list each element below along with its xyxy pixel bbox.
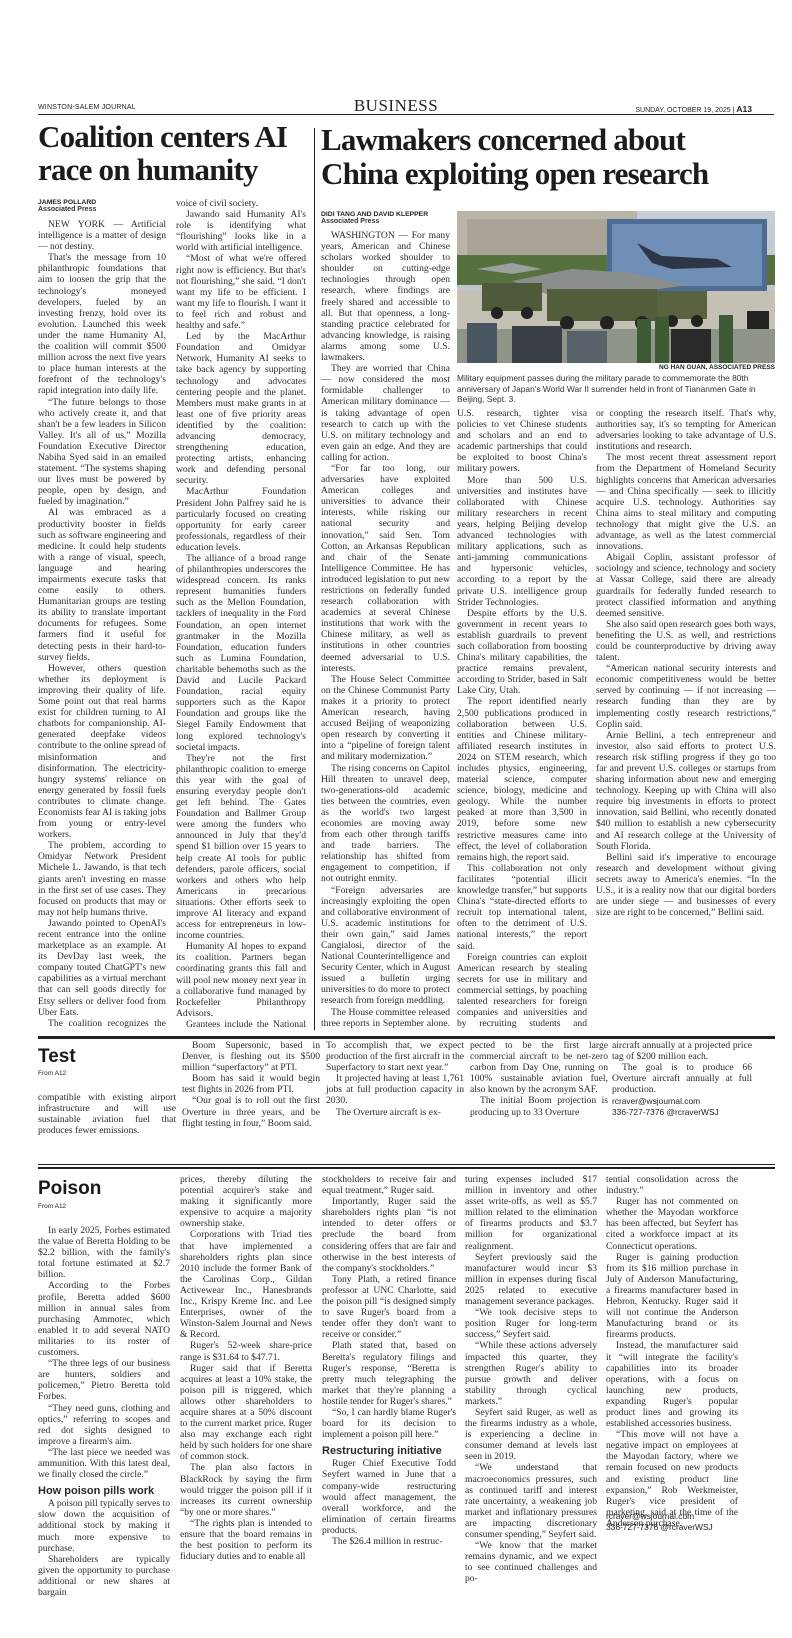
paragraph: Ruger's 52-week share-price range is $31…	[180, 1340, 312, 1362]
test-col2: Boom Supersonic, based in Denver, is fle…	[182, 1040, 320, 1129]
test-contact: rcraver@wsjournal.com 336-727-7376 @rcra…	[612, 1096, 772, 1117]
paragraph: Plath stated that, based on Beretta's re…	[322, 1340, 456, 1407]
poison-col2: prices, thereby diluting the potential a…	[180, 1174, 312, 1562]
paragraph: They are worried that China — now consid…	[321, 363, 450, 463]
paragraph: NEW YORK — Artificial intelligence is a …	[38, 219, 166, 252]
paragraph: It projected having at least 1,761 jobs …	[326, 1073, 464, 1106]
paragraph: U.S. research, tighter visa policies to …	[457, 408, 587, 475]
section-rule	[38, 1036, 775, 1039]
column-divider	[314, 128, 315, 1030]
poison-col4: turing expenses included $17 million in …	[465, 1174, 597, 1584]
jump-from-test: From A12	[38, 1070, 66, 1077]
poison-contact: rcraver@wsjournal.com 336-727-7376 @rcra…	[606, 1511, 766, 1532]
headline-line: Lawmakers concerned about	[321, 123, 781, 157]
paragraph: “Most of what we're offered right now is…	[176, 253, 306, 331]
paragraph: turing expenses included $17 million in …	[465, 1174, 597, 1252]
paragraph: The goal is to produce 66 Overture aircr…	[612, 1062, 752, 1095]
paragraph: According to the Forbes profile, Beretta…	[38, 1280, 170, 1358]
paragraph: Grantees include the National Black Tech…	[176, 1019, 306, 1030]
paragraph: That's the message from 10 philanthropic…	[38, 252, 166, 396]
paragraph: The initial Boom projection is producing…	[470, 1095, 608, 1117]
photo-credit: NG HAN GUAN, ASSOCIATED PRESS	[457, 364, 775, 371]
paragraph: The rising concerns on Capitol Hill thre…	[321, 763, 450, 885]
paragraph: Arnie Bellini, a tech entrepreneur and i…	[596, 730, 776, 852]
photo-caption: Military equipment passes during the mil…	[457, 373, 777, 405]
paragraph: Importantly, Ruger said the shareholders…	[322, 1196, 456, 1274]
headline-line: race on humanity	[38, 153, 308, 186]
paragraph: “Foreign adversaries are increasingly ex…	[321, 885, 450, 1007]
page-number: A13	[736, 104, 752, 114]
paragraph: The most recent threat assessment report…	[596, 452, 776, 552]
contact-phone-twitter: 336-727-7376 @rcraverWSJ	[606, 1522, 766, 1533]
paragraph: Boom has said it would begin test flight…	[182, 1073, 320, 1095]
jump-title-poison: Poison	[38, 1178, 101, 1200]
paragraph: The alliance of a broad range of philant…	[176, 553, 306, 753]
poison-col1: In early 2025, Forbes estimated the valu…	[38, 1225, 170, 1598]
article-ai-col2: voice of civil society.Jawando said Huma…	[176, 198, 306, 1030]
paragraph: The House Select Committee on the Chines…	[321, 674, 450, 763]
headline-china: Lawmakers concerned about China exploiti…	[321, 123, 781, 191]
paragraph: Abigail Coplin, assistant professor of s…	[596, 552, 776, 619]
test-col5: aircraft annually at a projected price t…	[612, 1040, 752, 1095]
separator: |	[733, 107, 735, 114]
paragraph: A poison pill typically serves to slow d…	[38, 1498, 170, 1553]
paragraph: Seyfert said Ruger, as well as the firea…	[465, 1407, 597, 1462]
headline-line: Coalition centers AI	[38, 120, 308, 153]
paragraph: “We understand that macroeconomics press…	[465, 1462, 597, 1540]
parade-photo	[457, 211, 775, 363]
paragraph: aircraft annually at a projected price t…	[612, 1040, 752, 1062]
article-china-col3: or coopting the research itself. That's …	[596, 408, 776, 1030]
byline-agency: Associated Press	[38, 206, 166, 213]
test-col4: pected to be the first large commercial …	[470, 1040, 608, 1118]
section-rule	[38, 1167, 775, 1169]
test-col1: compatible with existing airport infrast…	[38, 1092, 176, 1136]
paragraph: “The future belongs to those who activel…	[38, 397, 166, 508]
test-col3: To accomplish that, we expect production…	[326, 1040, 464, 1118]
poison-col3: stockholders to receive fair and equal t…	[322, 1174, 456, 1547]
photo-agency: , ASSOCIATED PRESS	[706, 364, 775, 371]
paragraph: They're not the first philanthropic coal…	[176, 753, 306, 942]
paragraph: Foreign countries can exploit American r…	[457, 952, 587, 1030]
article-ai-col1: NEW YORK — Artificial intelligence is a …	[38, 219, 166, 1029]
paragraph: “The last piece we needed was ammunition…	[38, 1447, 170, 1480]
poison-col5: tential consolidation across the industr…	[606, 1174, 738, 1529]
paragraph: Led by the MacArthur Foundation and Omid…	[176, 331, 306, 486]
paragraph: prices, thereby diluting the potential a…	[180, 1174, 312, 1229]
contact-email[interactable]: rcraver@wsjournal.com	[612, 1096, 772, 1107]
paragraph: “So, I can hardly blame Ruger's board fo…	[322, 1407, 456, 1440]
paragraph: “The rights plan is intended to ensure t…	[180, 1518, 312, 1562]
paragraph: Boom Supersonic, based in Denver, is fle…	[182, 1040, 320, 1073]
paragraph: AI was embraced as a productivity booste…	[38, 507, 166, 662]
paragraph: Shareholders are typically given the opp…	[38, 1554, 170, 1598]
paragraph: voice of civil society.	[176, 198, 306, 209]
paragraph: MacArthur Foundation President John Palf…	[176, 486, 306, 553]
headline-ai: Coalition centers AI race on humanity	[38, 120, 308, 186]
paragraph: More than 500 U.S. universities and inst…	[457, 475, 587, 608]
paragraph: Seyfert previously said the manufacturer…	[465, 1252, 597, 1307]
paragraph: Tony Plath, a retired finance professor …	[322, 1274, 456, 1341]
paragraph: pected to be the first large commercial …	[470, 1040, 608, 1095]
paragraph: compatible with existing airport infrast…	[38, 1092, 176, 1136]
paragraph: “Our goal is to roll out the first Overt…	[182, 1095, 320, 1128]
article-china-col1: WASHINGTON — For many years, American an…	[321, 230, 450, 1030]
paragraph: The House committee released three repor…	[321, 1007, 450, 1030]
paragraph: “The three legs of our business are hunt…	[38, 1358, 170, 1402]
paragraph: Ruger Chief Executive Todd Seyfert warne…	[322, 1458, 456, 1536]
date: SUNDAY, OCTOBER 19, 2025	[635, 107, 730, 114]
paragraph: Bellini said it's imperative to encourag…	[596, 852, 776, 919]
paragraph: “American national security interests an…	[596, 663, 776, 730]
paragraph: “They need guns, clothing and optics,” r…	[38, 1403, 170, 1447]
jump-title-test: Test	[38, 1046, 76, 1068]
paragraph: The problem, according to Omidyar Networ…	[38, 840, 166, 918]
article-china-col2: U.S. research, tighter visa policies to …	[457, 408, 587, 1030]
paragraph: stockholders to receive fair and equal t…	[322, 1174, 456, 1196]
paragraph: To accomplish that, we expect production…	[326, 1040, 464, 1073]
subhead-restructuring: Restructuring initiative	[322, 1446, 456, 1457]
byline-ai: JAMES POLLARD Associated Press	[38, 199, 166, 213]
date-page: SUNDAY, OCTOBER 19, 2025 | A13	[635, 104, 752, 114]
contact-phone-twitter: 336-727-7376 @rcraverWSJ	[612, 1107, 772, 1118]
contact-email[interactable]: rcraver@wsjournal.com	[606, 1511, 766, 1522]
subhead-poison-pills: How poison pills work	[38, 1486, 170, 1497]
paragraph: Jawando pointed to OpenAI's recent entra…	[38, 918, 166, 1018]
paragraph: Ruger is gaining production from its $16…	[606, 1252, 738, 1341]
section-rule-thin	[38, 1164, 775, 1165]
photographer-name: NG HAN GUAN	[659, 364, 706, 371]
paragraph: Instead, the manufacturer said it “will …	[606, 1340, 738, 1429]
paragraph: However, others question whether its dep…	[38, 663, 166, 841]
paragraph: tential consolidation across the industr…	[606, 1174, 738, 1196]
byline-china: DIDI TANG AND DAVID KLEPPER Associated P…	[321, 211, 451, 225]
paragraph: Ruger said that if Beretta acquires at l…	[180, 1363, 312, 1463]
paragraph: The $26.4 million in restruc-	[322, 1536, 456, 1547]
paragraph: Ruger has not commented on whether the M…	[606, 1196, 738, 1251]
paragraph: This collaboration not only facilitates …	[457, 863, 587, 952]
byline-agency: Associated Press	[321, 218, 451, 225]
paragraph: “We know that the market remains dynamic…	[465, 1540, 597, 1584]
paragraph: “For far too long, our adversaries have …	[321, 463, 450, 674]
paragraph: She also said open research goes both wa…	[596, 619, 776, 663]
paragraph: Jawando said Humanity AI's role is ident…	[176, 209, 306, 253]
jump-from-poison: From A12	[38, 1203, 66, 1210]
paragraph: The Overture aircraft is ex-	[326, 1107, 464, 1118]
paragraph: “We took decisive steps to position Ruge…	[465, 1307, 597, 1340]
byline-author: JAMES POLLARD	[38, 199, 166, 206]
paragraph: WASHINGTON — For many years, American an…	[321, 230, 450, 363]
headline-line: China exploiting open research	[321, 157, 781, 191]
paragraph: Humanity AI hopes to expand its coalitio…	[176, 941, 306, 1019]
paragraph: or coopting the research itself. That's …	[596, 408, 776, 452]
paragraph: The plan also factors in BlackRock by sa…	[180, 1462, 312, 1517]
paragraph: In early 2025, Forbes estimated the valu…	[38, 1225, 170, 1280]
paragraph: Despite efforts by the U.S. government i…	[457, 608, 587, 697]
masthead-rule	[38, 114, 774, 115]
byline-author: DIDI TANG AND DAVID KLEPPER	[321, 211, 451, 218]
paragraph: Corporations with Triad ties that have i…	[180, 1229, 312, 1340]
paragraph: The report identified nearly 2,500 publi…	[457, 696, 587, 862]
military-parade-image	[457, 211, 775, 363]
paragraph: The coalition recognizes the private sec…	[38, 1018, 166, 1029]
paragraph: “While these actions adversely impacted …	[465, 1340, 597, 1407]
